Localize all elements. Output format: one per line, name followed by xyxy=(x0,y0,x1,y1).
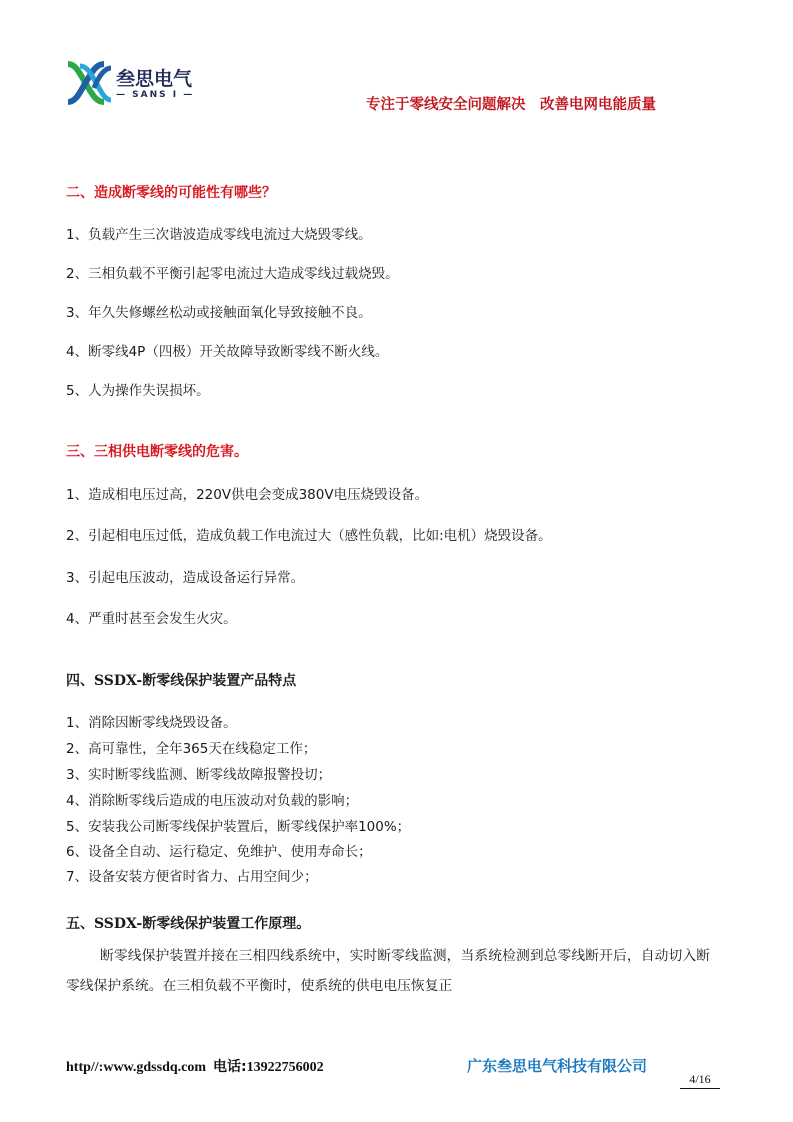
page-number: 4/16 xyxy=(680,1072,720,1089)
footer-phone-label: 电话: xyxy=(213,1059,247,1075)
section-heading-principle: 五、SSDX-断零线保护装置工作原理。 xyxy=(66,913,310,933)
footer-company-name: 广东叁思电气科技有限公司 xyxy=(467,1055,647,1076)
list-item: 3、实时断零线监测、断零线故障报警投切； xyxy=(66,763,331,783)
list-item: 3、引起电压波动，造成设备运行异常。 xyxy=(66,566,304,586)
list-item: 4、消除断零线后造成的电压波动对负载的影响； xyxy=(66,789,358,809)
logo-name-cn: 叁思电气 xyxy=(116,64,192,91)
list-item: 1、造成相电压过高，220V供电会变成380V电压烧毁设备。 xyxy=(66,483,428,503)
list-item: 1、负载产生三次谐波造成零线电流过大烧毁零线。 xyxy=(66,223,372,243)
sansi-logo-icon xyxy=(66,60,112,106)
logo-name-en: — SANS I — xyxy=(116,90,194,100)
list-item: 2、三相负载不平衡引起零电流过大造成零线过载烧毁。 xyxy=(66,262,399,282)
footer-phone: 13922756002 xyxy=(247,1060,324,1075)
list-item: 4、严重时甚至会发生火灾。 xyxy=(66,607,237,627)
list-item: 5、人为操作失误损坏。 xyxy=(66,379,210,399)
principle-paragraph: 断零线保护装置并接在三相四线系统中，实时断零线监测，当系统检测到总零线断开后，自… xyxy=(66,941,710,1001)
list-item: 1、消除因断零线烧毁设备。 xyxy=(66,711,237,731)
section-heading-features: 四、SSDX-断零线保护装置产品特点 xyxy=(66,670,296,690)
list-item: 4、断零线4P（四极）开关故障导致断零线不断火线。 xyxy=(66,340,388,360)
footer-contact: http//:www.gdssdq.com 电话:13922756002 xyxy=(66,1056,324,1076)
list-item: 6、设备全自动、运行稳定、免维护、使用寿命长； xyxy=(66,840,372,860)
list-item: 2、高可靠性，全年365天在线稳定工作； xyxy=(66,737,316,757)
section-heading-causes: 二、造成断零线的可能性有哪些？ xyxy=(66,182,276,202)
footer-url[interactable]: http//:www.gdssdq.com xyxy=(66,1060,206,1075)
company-logo: 叁思电气 — SANS I — xyxy=(66,60,196,110)
list-item: 7、设备安装方便省时省力、占用空间少； xyxy=(66,865,318,885)
list-item: 2、引起相电压过低，造成负载工作电流过大（感性负载，比如:电机）烧毁设备。 xyxy=(66,524,552,544)
list-item: 3、年久失修螺丝松动或接触面氧化导致接触不良。 xyxy=(66,301,372,321)
header-slogan: 专注于零线安全问题解决 改善电网电能质量 xyxy=(366,93,656,114)
section-heading-hazards: 三、三相供电断零线的危害。 xyxy=(66,441,248,461)
list-item: 5、安装我公司断零线保护装置后，断零线保护率100%； xyxy=(66,815,410,835)
